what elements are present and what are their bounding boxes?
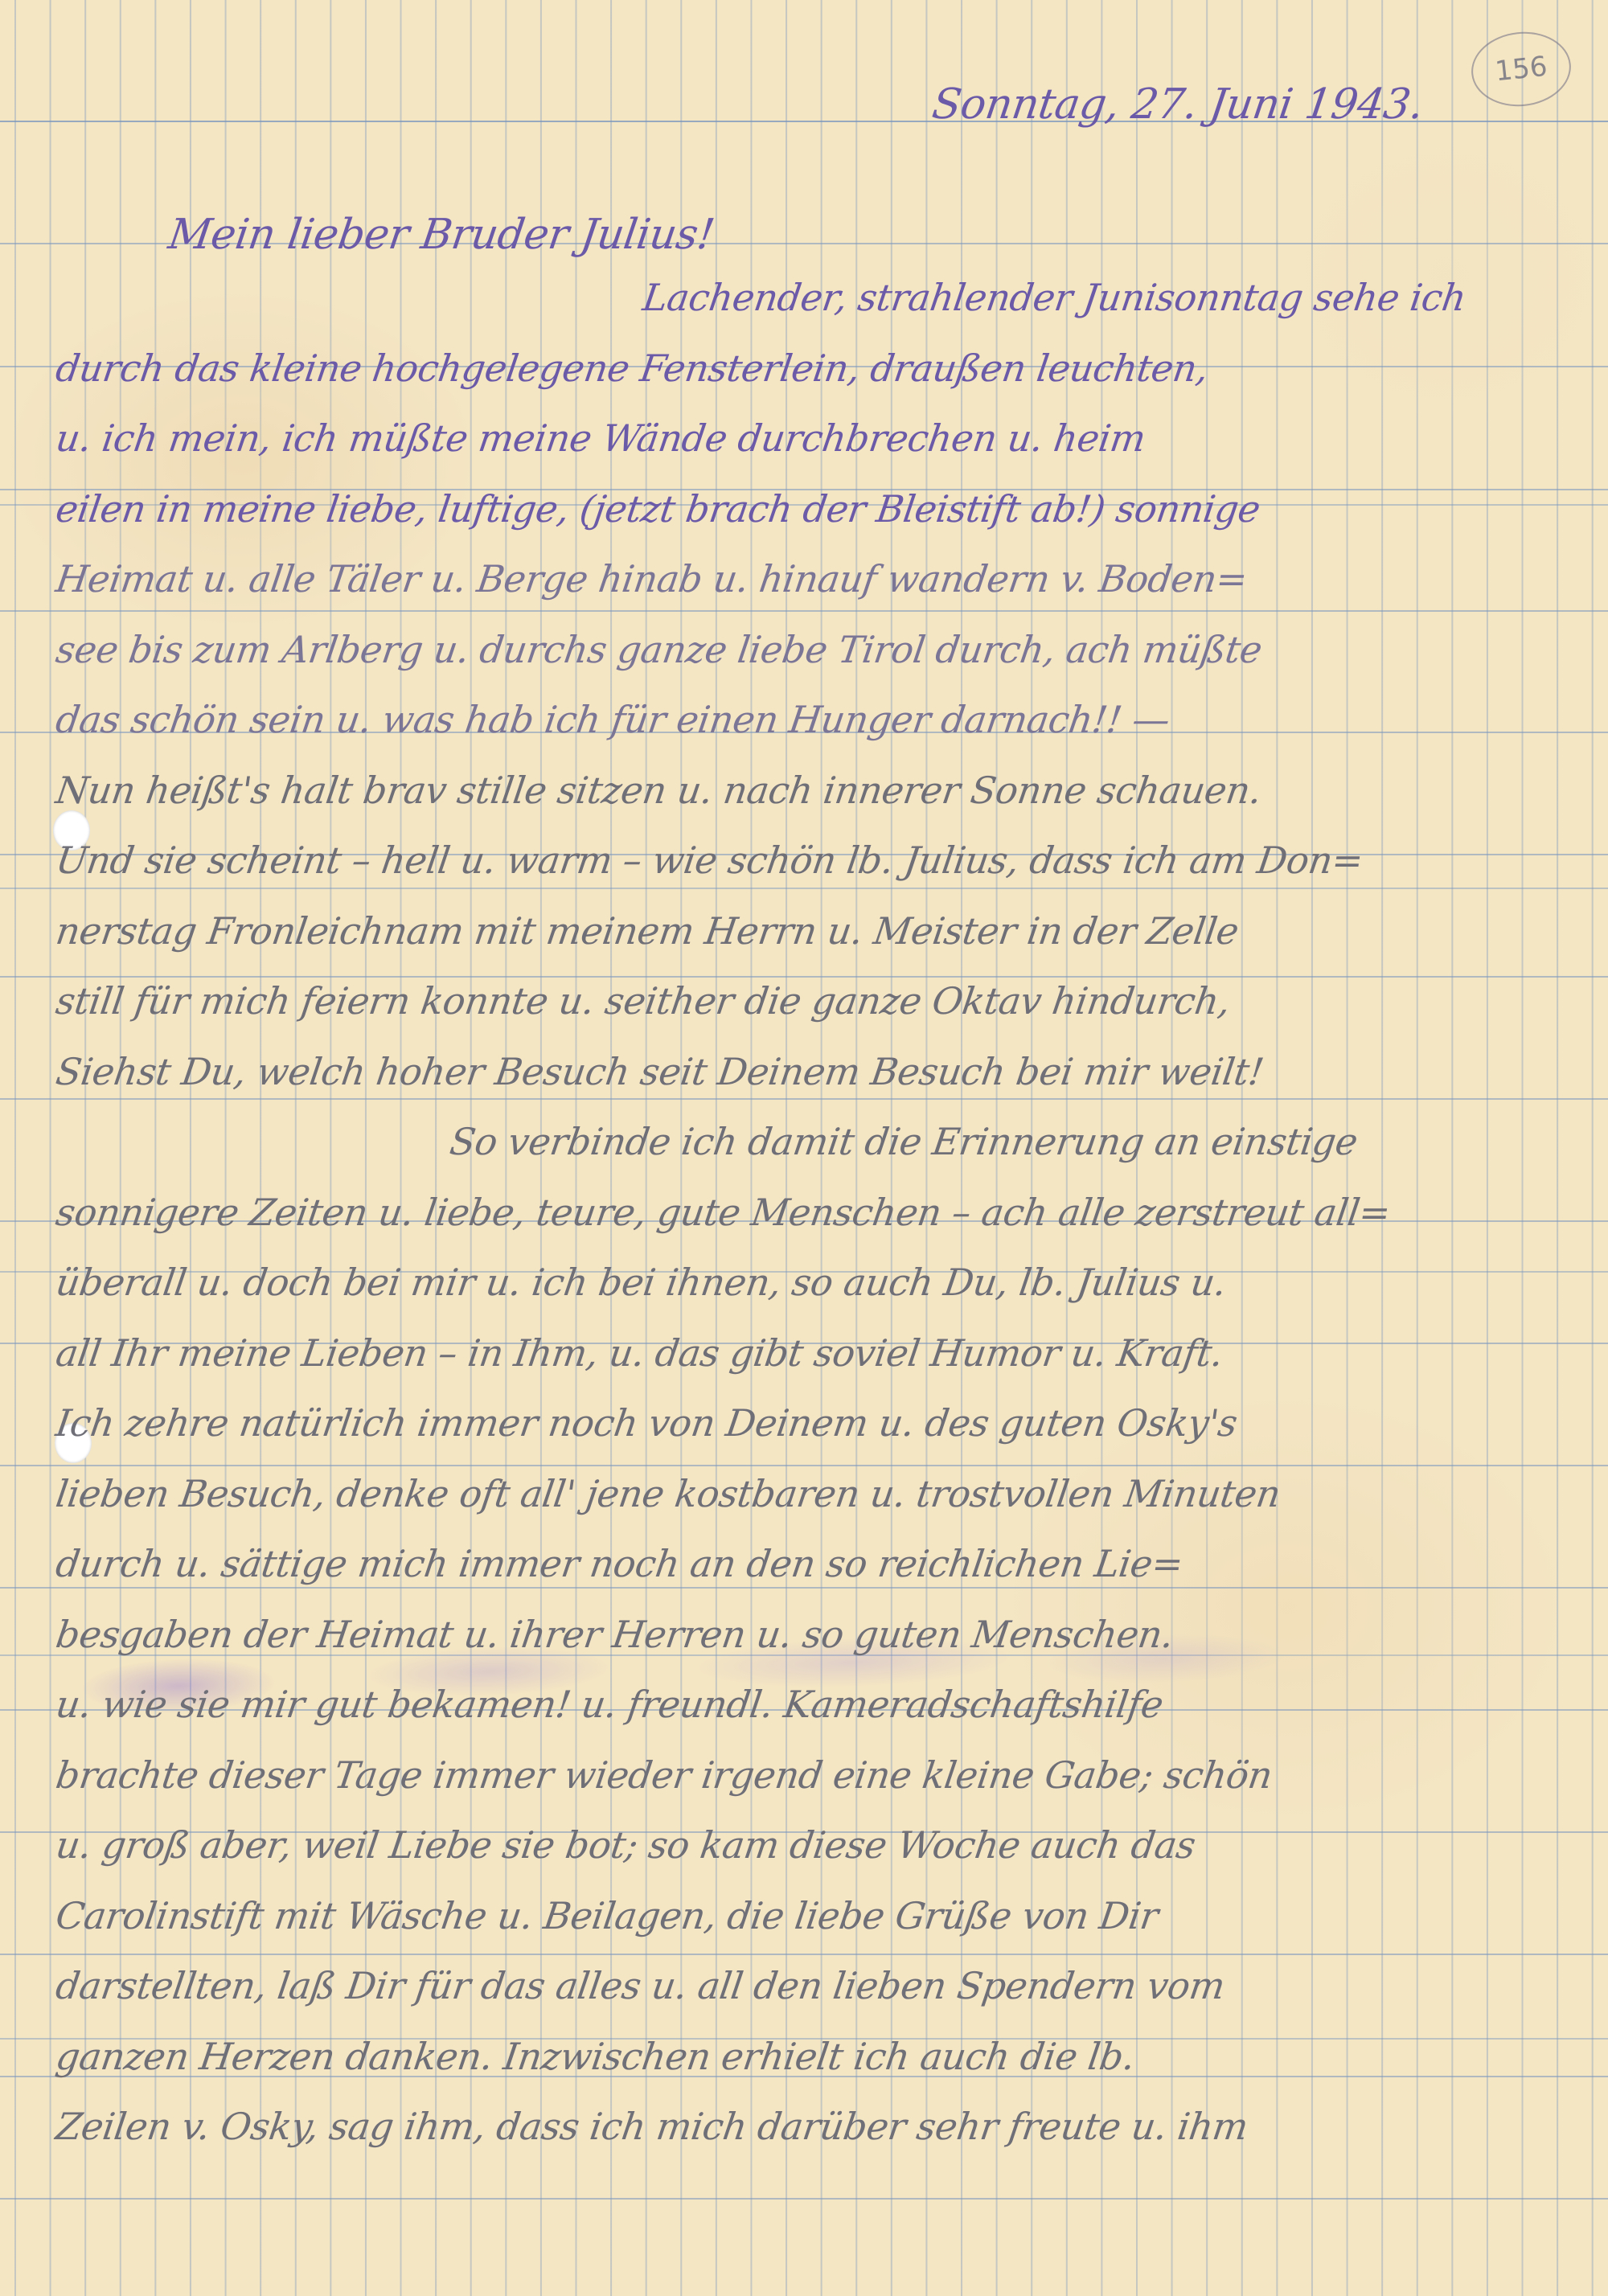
- ruled-line: [0, 1954, 1608, 1955]
- letter-line: Siehst Du, welch hoher Besuch seit Deine…: [53, 1048, 1587, 1096]
- letter-line: u. wie sie mir gut bekamen! u. freundl. …: [53, 1680, 1587, 1728]
- letter-line: eilen in meine liebe, luftige, (jetzt br…: [53, 485, 1587, 533]
- letter-line: Carolinstift mit Wäsche u. Beilagen, die…: [53, 1892, 1587, 1940]
- ruled-line: [0, 1098, 1608, 1100]
- salutation: Mein lieber Bruder Julius!: [166, 211, 1608, 259]
- letter-line: lieben Besuch, denke oft all' jene kostb…: [53, 1470, 1587, 1518]
- ruled-line: [0, 610, 1608, 612]
- letter-line: das schön sein u. was hab ich für einen …: [53, 695, 1587, 744]
- letter-line: Heimat u. alle Täler u. Berge hinab u. h…: [53, 555, 1587, 603]
- letter-line: all Ihr meine Lieben – in Ihm, u. das gi…: [53, 1329, 1587, 1377]
- letter-line: besgaben der Heimat u. ihrer Herren u. s…: [53, 1610, 1587, 1658]
- letter-line: überall u. doch bei mir u. ich bei ihnen…: [53, 1258, 1587, 1306]
- ruled-line: [0, 1465, 1608, 1466]
- letter-line: nerstag Fronleichnam mit meinem Herrn u.…: [53, 907, 1587, 955]
- letter-line: see bis zum Arlberg u. durchs ganze lieb…: [53, 625, 1587, 674]
- letter-line: durch das kleine hochgelegene Fensterlei…: [53, 344, 1587, 392]
- ruled-line: [0, 2198, 1608, 2200]
- letter-line: Nun heißt's halt brav stille sitzen u. n…: [53, 766, 1587, 814]
- letter-line: darstellten, laß Dir für das alles u. al…: [53, 1962, 1587, 2010]
- date-line: Sonntag, 27. Juni 1943.: [929, 80, 1608, 129]
- letter-line: u. groß aber, weil Liebe sie bot; so kam…: [53, 1821, 1587, 1869]
- letter-page: 156 Sonntag, 27. Juni 1943. Mein lieber …: [0, 0, 1608, 2296]
- letter-line: durch u. sättige mich immer noch an den …: [53, 1540, 1587, 1588]
- letter-line: u. ich mein, ich müßte meine Wände durch…: [53, 414, 1587, 462]
- letter-line: Ich zehre natürlich immer noch von Deine…: [53, 1399, 1587, 1447]
- letter-line: So verbinde ich damit die Erinnerung an …: [447, 1117, 1608, 1166]
- letter-line: sonnigere Zeiten u. liebe, teure, gute M…: [53, 1188, 1587, 1236]
- letter-line: Lachender, strahlender Junisonntag sehe …: [640, 273, 1608, 322]
- letter-line: ganzen Herzen danken. Inzwischen erhielt…: [53, 2032, 1587, 2081]
- letter-line: Und sie scheint – hell u. warm – wie sch…: [53, 836, 1587, 884]
- letter-line: brachte dieser Tage immer wieder irgend …: [53, 1751, 1587, 1799]
- letter-line: still für mich feiern konnte u. seither …: [53, 977, 1587, 1025]
- letter-line: Zeilen v. Osky, sag ihm, dass ich mich d…: [53, 2102, 1587, 2150]
